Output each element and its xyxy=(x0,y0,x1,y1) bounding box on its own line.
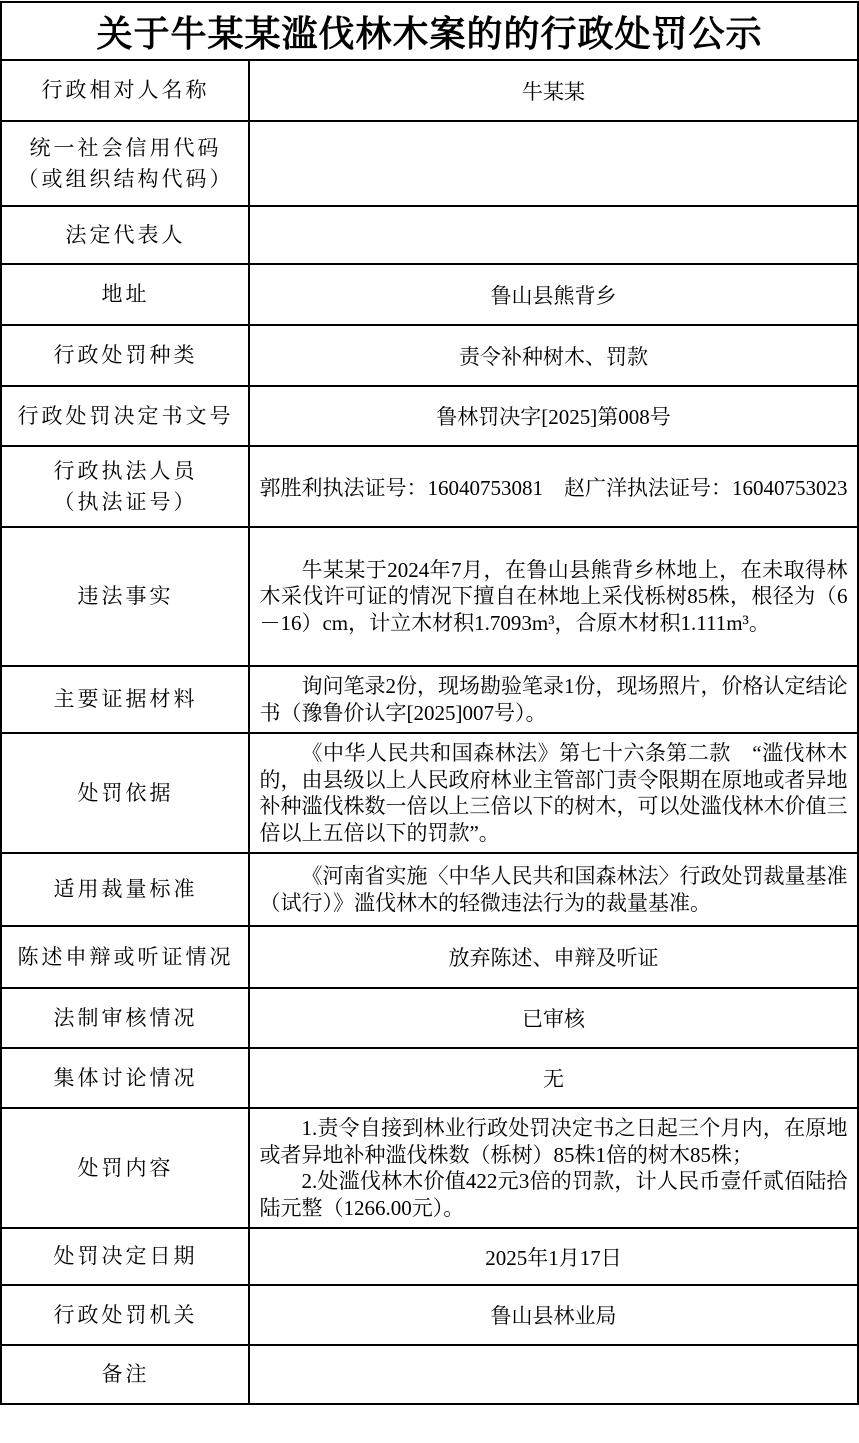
row-label-credit-code: 统一社会信用代码 （或组织结构代码） xyxy=(1,121,249,206)
table-row-penalty-authority: 行政处罚机关鲁山县林业局 xyxy=(1,1285,857,1345)
table-row-decision-doc-number: 行政处罚决定书文号鲁林罚决字[2025]第008号 xyxy=(1,386,857,446)
row-value-penalty-content: 1.责令自接到林业行政处罚决定书之日起三个月内，在原地或者异地补种滥伐株数（栎树… xyxy=(249,1108,857,1228)
row-value-evidence-materials: 询问笔录2份，现场勘验笔录1份，现场照片，价格认定结论书（豫鲁价认字[2025]… xyxy=(249,666,857,733)
row-label-address: 地址 xyxy=(1,264,249,325)
row-label-enforcement-officers: 行政执法人员 （执法证号） xyxy=(1,446,249,527)
row-label-penalty-type: 行政处罚种类 xyxy=(1,325,249,386)
table-row-credit-code: 统一社会信用代码 （或组织结构代码） xyxy=(1,121,857,206)
table-row-enforcement-officers: 行政执法人员 （执法证号）郭胜利执法证号：16040753081 赵广洋执法证号… xyxy=(1,446,857,527)
table-row-legal-review: 法制审核情况已审核 xyxy=(1,988,857,1048)
row-label-illegal-facts: 违法事实 xyxy=(1,527,249,666)
row-value-legal-representative xyxy=(249,206,857,264)
table-row-evidence-materials: 主要证据材料询问笔录2份，现场勘验笔录1份，现场照片，价格认定结论书（豫鲁价认字… xyxy=(1,666,857,733)
row-label-penalty-authority: 行政处罚机关 xyxy=(1,1285,249,1345)
row-label-legal-review: 法制审核情况 xyxy=(1,988,249,1048)
table-row-decision-date: 处罚决定日期2025年1月17日 xyxy=(1,1228,857,1285)
row-value-address: 鲁山县熊背乡 xyxy=(249,264,857,325)
table-row-legal-representative: 法定代表人 xyxy=(1,206,857,264)
table-body: 关于牛某某滥伐林木案的的行政处罚公示 行政相对人名称牛某某统一社会信用代码 （或… xyxy=(1,2,857,1404)
table-row-remarks: 备注 xyxy=(1,1345,857,1404)
row-value-statement-hearing: 放弃陈述、申辩及听证 xyxy=(249,926,857,988)
row-value-discretion-standard: 《河南省实施〈中华人民共和国森林法〉行政处罚裁量基准（试行）》滥伐林木的轻微违法… xyxy=(249,853,857,926)
row-label-penalty-content: 处罚内容 xyxy=(1,1108,249,1228)
table-row-penalty-basis: 处罚依据《中华人民共和国森林法》第七十六条第二款 “滥伐林木的，由县级以上人民政… xyxy=(1,733,857,853)
row-value-collective-discussion: 无 xyxy=(249,1048,857,1108)
row-label-evidence-materials: 主要证据材料 xyxy=(1,666,249,733)
row-label-party-name: 行政相对人名称 xyxy=(1,60,249,121)
row-value-party-name: 牛某某 xyxy=(249,60,857,121)
table-row-party-name: 行政相对人名称牛某某 xyxy=(1,60,857,121)
row-value-credit-code xyxy=(249,121,857,206)
row-value-illegal-facts: 牛某某于2024年7月，在鲁山县熊背乡林地上，在未取得林木采伐许可证的情况下擅自… xyxy=(249,527,857,666)
row-value-decision-date: 2025年1月17日 xyxy=(249,1228,857,1285)
row-value-enforcement-officers: 郭胜利执法证号：16040753081 赵广洋执法证号：16040753023 xyxy=(249,446,857,527)
row-label-remarks: 备注 xyxy=(1,1345,249,1404)
penalty-table: 关于牛某某滥伐林木案的的行政处罚公示 行政相对人名称牛某某统一社会信用代码 （或… xyxy=(0,1,858,1405)
table-row-address: 地址鲁山县熊背乡 xyxy=(1,264,857,325)
row-label-discretion-standard: 适用裁量标准 xyxy=(1,853,249,926)
row-value-legal-review: 已审核 xyxy=(249,988,857,1048)
paragraph: 牛某某于2024年7月，在鲁山县熊背乡林地上，在未取得林木采伐许可证的情况下擅自… xyxy=(259,557,847,637)
row-value-decision-doc-number: 鲁林罚决字[2025]第008号 xyxy=(249,386,857,446)
table-row-illegal-facts: 违法事实牛某某于2024年7月，在鲁山县熊背乡林地上，在未取得林木采伐许可证的情… xyxy=(1,527,857,666)
row-value-penalty-basis: 《中华人民共和国森林法》第七十六条第二款 “滥伐林木的，由县级以上人民政府林业主… xyxy=(249,733,857,853)
row-value-penalty-type: 责令补种树木、罚款 xyxy=(249,325,857,386)
row-value-penalty-authority: 鲁山县林业局 xyxy=(249,1285,857,1345)
row-label-decision-doc-number: 行政处罚决定书文号 xyxy=(1,386,249,446)
table-row-discretion-standard: 适用裁量标准《河南省实施〈中华人民共和国森林法〉行政处罚裁量基准（试行）》滥伐林… xyxy=(1,853,857,926)
table-row-penalty-type: 行政处罚种类责令补种树木、罚款 xyxy=(1,325,857,386)
document: 关于牛某某滥伐林木案的的行政处罚公示 行政相对人名称牛某某统一社会信用代码 （或… xyxy=(0,1,859,1443)
table-row-statement-hearing: 陈述申辩或听证情况放弃陈述、申辩及听证 xyxy=(1,926,857,988)
paragraph: 《中华人民共和国森林法》第七十六条第二款 “滥伐林木的，由县级以上人民政府林业主… xyxy=(259,740,847,846)
row-label-decision-date: 处罚决定日期 xyxy=(1,1228,249,1285)
paragraph: 2.处滥伐林木价值422元3倍的罚款，计人民币壹仟贰佰陆拾陆元整（1266.00… xyxy=(259,1168,847,1221)
paragraph: 1.责令自接到林业行政处罚决定书之日起三个月内，在原地或者异地补种滥伐株数（栎树… xyxy=(259,1115,847,1168)
row-label-collective-discussion: 集体讨论情况 xyxy=(1,1048,249,1108)
table-row-collective-discussion: 集体讨论情况无 xyxy=(1,1048,857,1108)
row-label-legal-representative: 法定代表人 xyxy=(1,206,249,264)
title-row: 关于牛某某滥伐林木案的的行政处罚公示 xyxy=(1,2,857,60)
page-title: 关于牛某某滥伐林木案的的行政处罚公示 xyxy=(1,2,857,60)
paragraph: 《河南省实施〈中华人民共和国森林法〉行政处罚裁量基准（试行）》滥伐林木的轻微违法… xyxy=(259,863,847,916)
paragraph: 询问笔录2份，现场勘验笔录1份，现场照片，价格认定结论书（豫鲁价认字[2025]… xyxy=(259,673,847,726)
row-label-statement-hearing: 陈述申辩或听证情况 xyxy=(1,926,249,988)
row-value-remarks xyxy=(249,1345,857,1404)
table-row-penalty-content: 处罚内容1.责令自接到林业行政处罚决定书之日起三个月内，在原地或者异地补种滥伐株… xyxy=(1,1108,857,1228)
row-label-penalty-basis: 处罚依据 xyxy=(1,733,249,853)
